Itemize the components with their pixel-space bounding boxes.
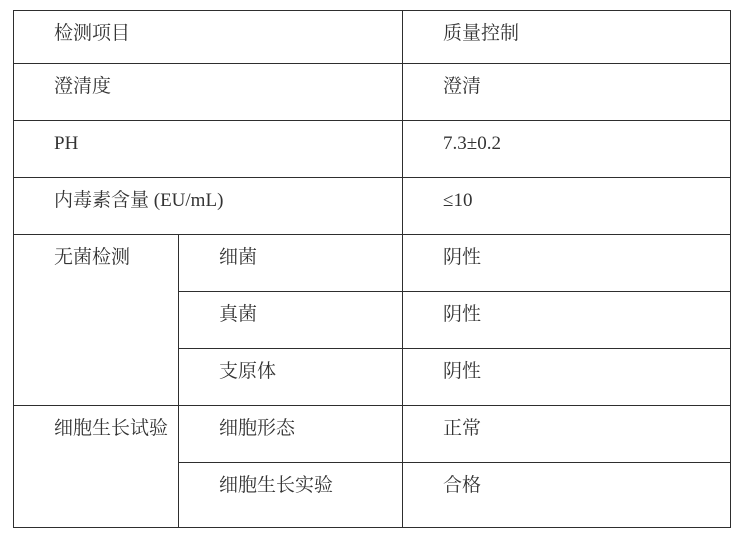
header-item-cell: 检测项目	[14, 11, 403, 64]
sub-item-cell-mycoplasma: 支原体	[179, 349, 403, 406]
table-row: 无菌检测 细菌 阴性	[14, 235, 731, 292]
sub-item-cell-bacteria: 细菌	[179, 235, 403, 292]
table-row: 澄清度 澄清	[14, 64, 731, 121]
value-cell-mycoplasma: 阴性	[403, 349, 731, 406]
value-cell-clarity: 澄清	[403, 64, 731, 121]
table-row: PH 7.3±0.2	[14, 121, 731, 178]
group-label-cell-growth-test: 细胞生长试验	[14, 406, 179, 528]
group-label-sterility-test: 无菌检测	[14, 235, 179, 406]
sub-item-cell-growth-experiment: 细胞生长实验	[179, 463, 403, 528]
item-cell-clarity: 澄清度	[14, 64, 403, 121]
quality-control-table: 检测项目 质量控制 澄清度 澄清 PH 7.3±0.2 内毒素含量 (EU/mL…	[13, 10, 731, 528]
table-row: 检测项目 质量控制	[14, 11, 731, 64]
value-cell-morphology: 正常	[403, 406, 731, 463]
table-row: 内毒素含量 (EU/mL) ≤10	[14, 178, 731, 235]
sub-item-cell-fungi: 真菌	[179, 292, 403, 349]
value-cell-bacteria: 阴性	[403, 235, 731, 292]
value-cell-ph: 7.3±0.2	[403, 121, 731, 178]
table-row: 细胞生长试验 细胞形态 正常	[14, 406, 731, 463]
value-cell-fungi: 阴性	[403, 292, 731, 349]
sub-item-cell-morphology: 细胞形态	[179, 406, 403, 463]
value-cell-endotoxin: ≤10	[403, 178, 731, 235]
value-cell-growth-experiment: 合格	[403, 463, 731, 528]
item-cell-endotoxin: 内毒素含量 (EU/mL)	[14, 178, 403, 235]
header-control-cell: 质量控制	[403, 11, 731, 64]
item-cell-ph: PH	[14, 121, 403, 178]
